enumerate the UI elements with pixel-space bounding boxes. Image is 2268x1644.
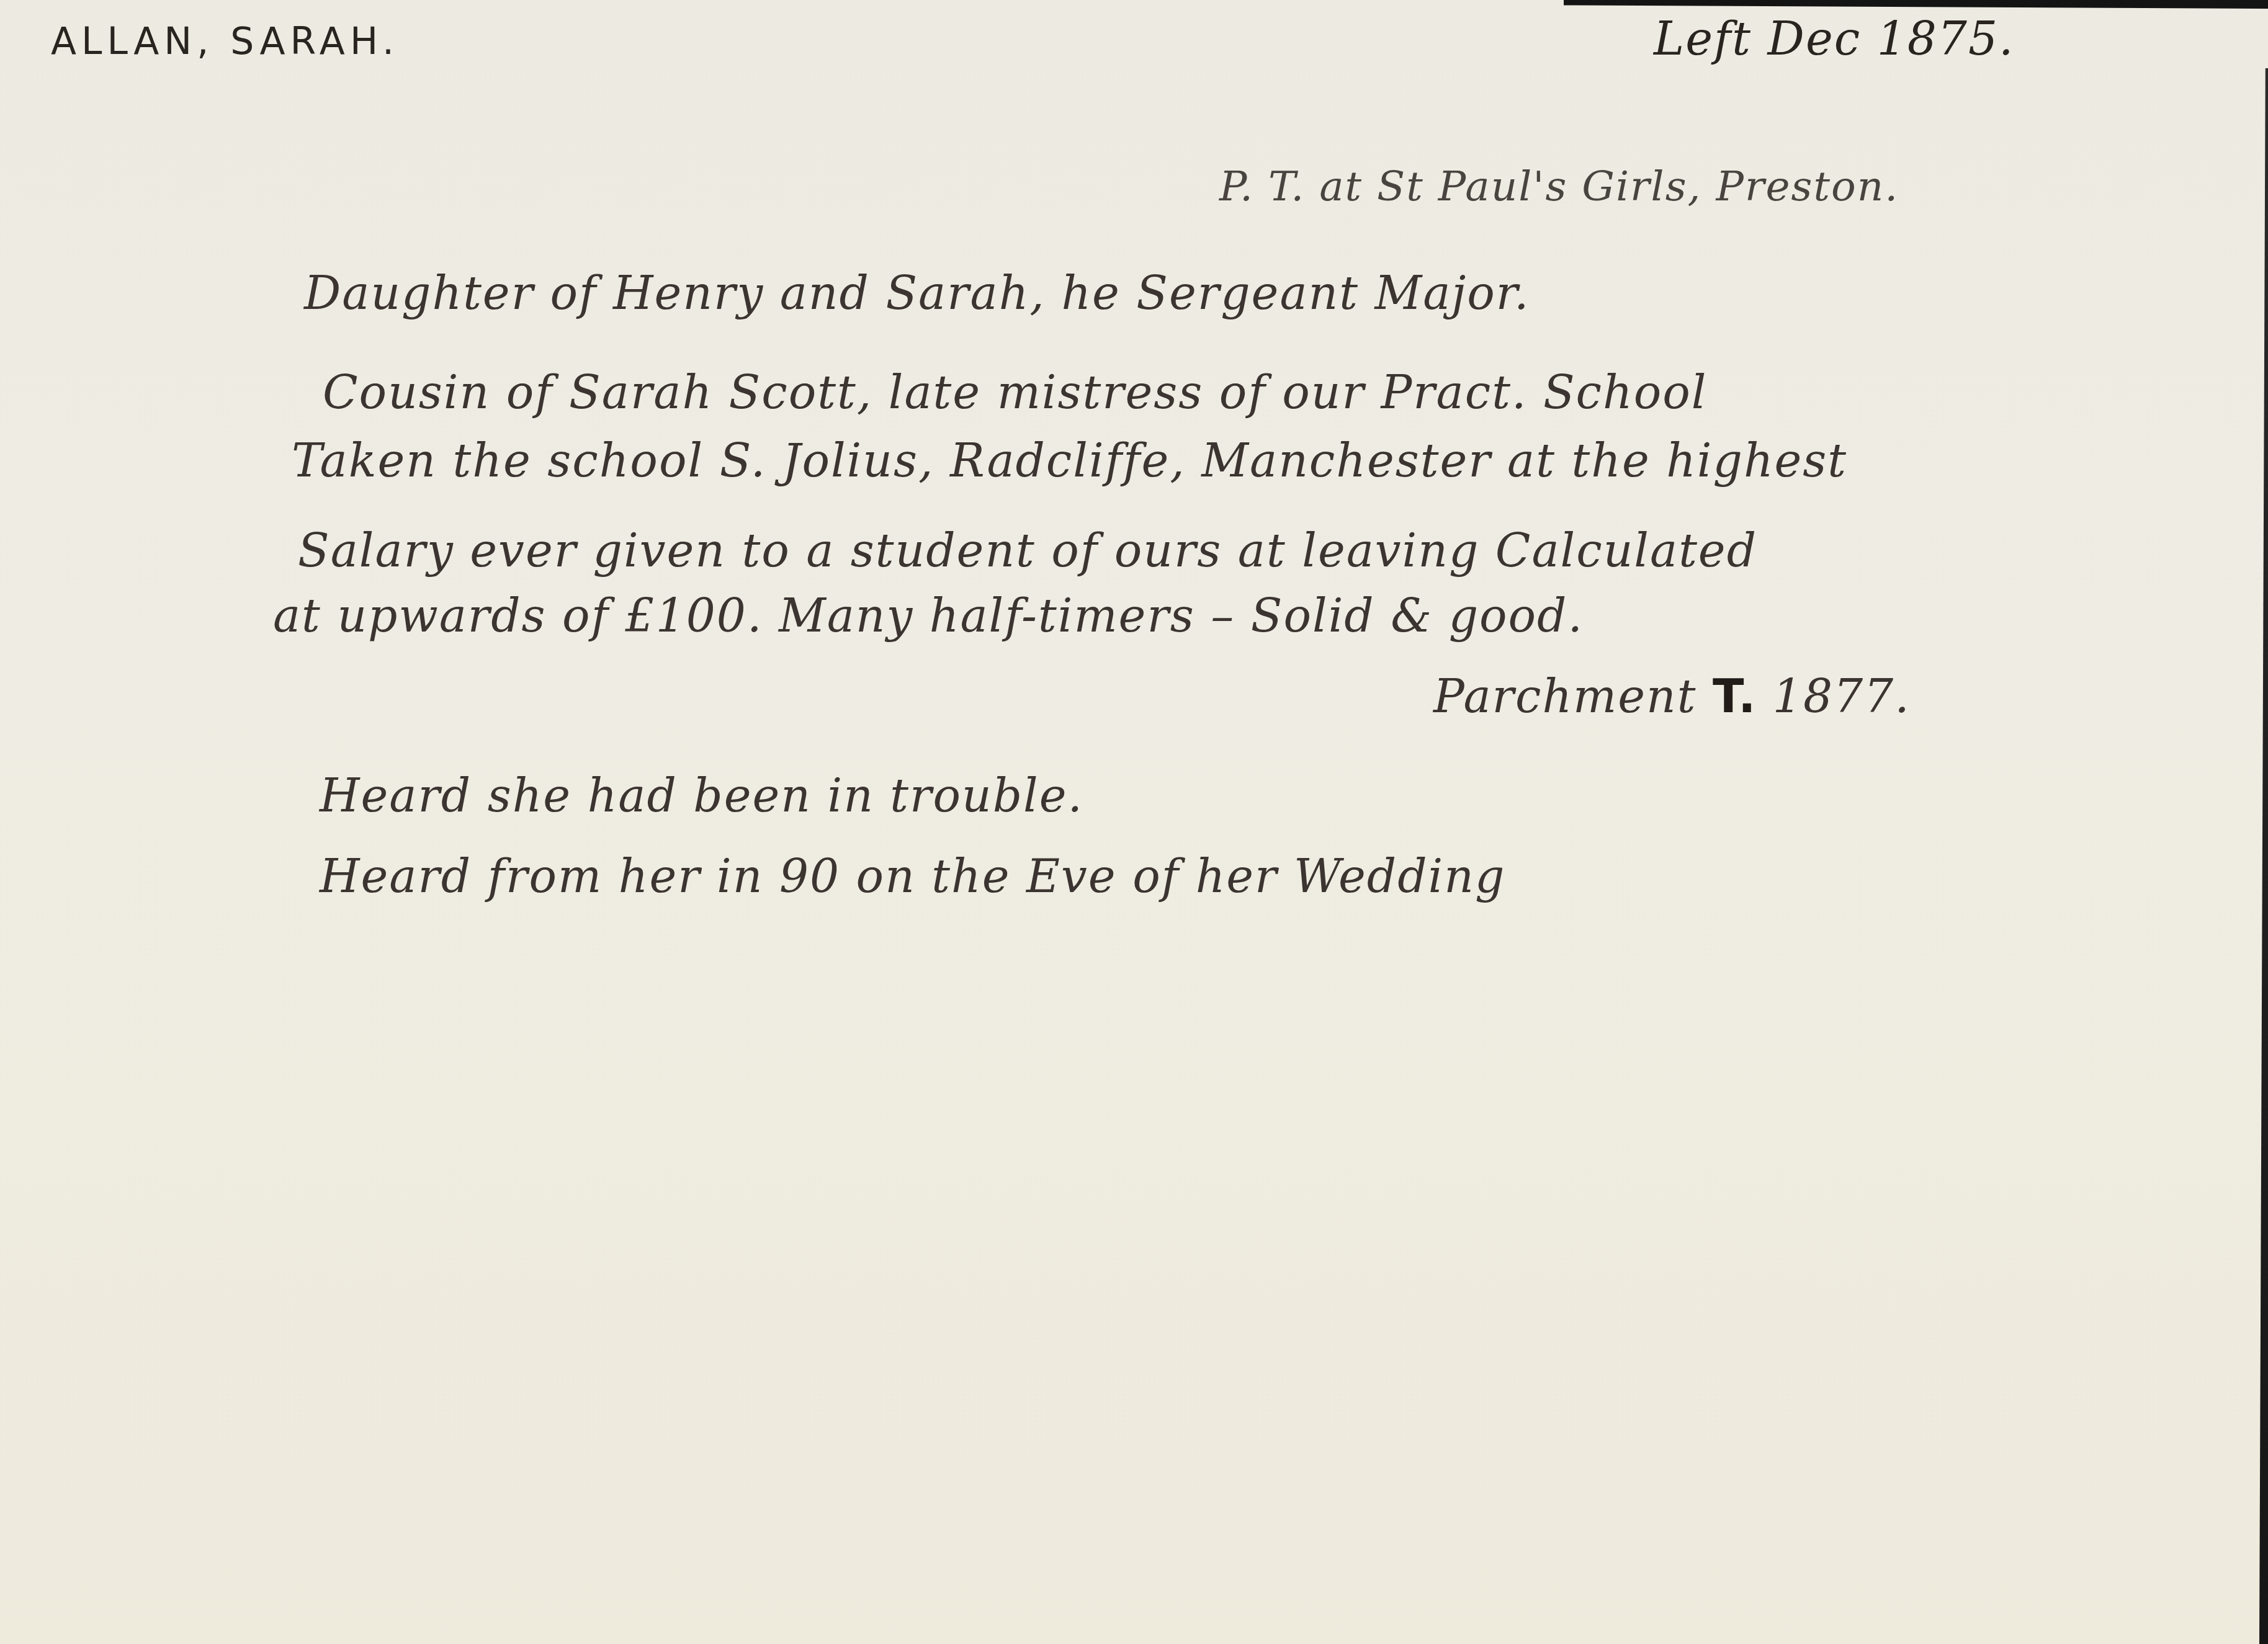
archive-card: ALLAN, SARAH. Left Dec 1875. P. T. at St… (0, 0, 2268, 1644)
note-line-amount: at upwards of £100. Many half-timers – S… (273, 589, 1584, 643)
parchment-label: Parchment (1433, 670, 1697, 723)
parchment-record: Parchment T. 1877. (1433, 670, 1911, 723)
later-note-wedding: Heard from her in 90 on the Eve of her W… (320, 850, 1505, 903)
student-name: ALLAN, SARAH. (51, 20, 399, 63)
right-border-edge (2259, 68, 2268, 1644)
note-line-salary: Salary ever given to a student of ours a… (298, 524, 1757, 578)
note-line-parentage: Daughter of Henry and Sarah, he Sergeant… (304, 267, 1530, 320)
parchment-year: 1877. (1773, 670, 1911, 723)
left-date: Left Dec 1875. (1654, 12, 2015, 66)
appointment-note: P. T. at St Paul's Girls, Preston. (1219, 163, 1899, 210)
note-line-cousin: Cousin of Sarah Scott, late mistress of … (323, 366, 1708, 419)
parchment-grade: T. (1713, 670, 1757, 723)
note-line-school: Taken the school S. Jolius, Radcliffe, M… (292, 434, 1847, 488)
top-border-strip (1564, 0, 2268, 9)
later-note-trouble: Heard she had been in trouble. (320, 769, 1083, 823)
